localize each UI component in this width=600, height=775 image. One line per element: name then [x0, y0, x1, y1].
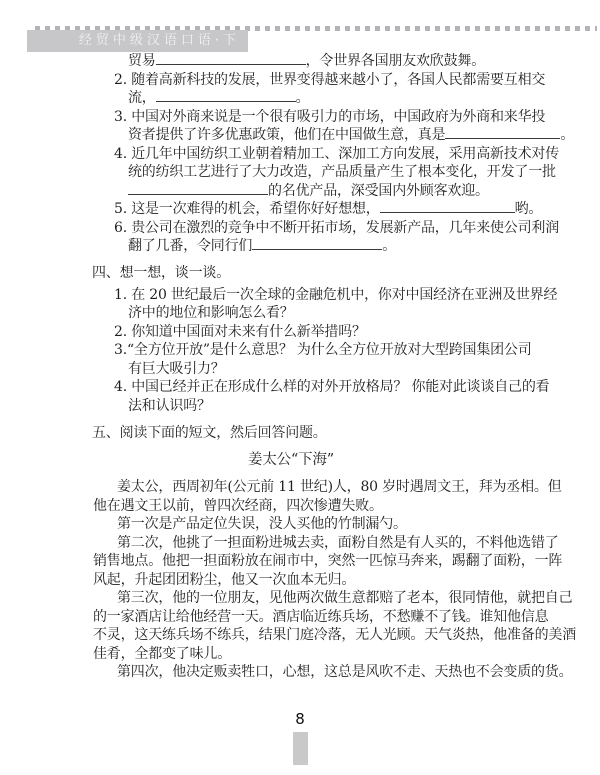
line-text: 贸易 — [128, 53, 156, 69]
line-text: 的名优产品，深受国内外顾客欢迎。 — [268, 183, 489, 199]
fill-blank-line: 4. 近几年中国纺织工业朝着精加工、深加工方向发展，采用高新技术对传 — [0, 145, 600, 164]
fill-blank-line: 翻了几番，令同行们。 — [0, 237, 600, 256]
fill-blank-underline — [156, 63, 306, 65]
fill-blank-line: 资者提供了许多优惠政策，他们在中国做生意，真是。 — [0, 126, 600, 145]
fill-blank-underline — [445, 137, 560, 139]
fill-blank-line: 6. 贵公司在激烈的竞争中不断开拓市场，发展新产品，几年来使公司利润 — [0, 219, 600, 238]
fill-blank-underline — [156, 100, 296, 102]
line-text: 。 — [560, 127, 574, 143]
discussion-question-line: 4. 中国已经并正在形成什么样的对外开放格局？ 你能对此谈谈自己的看 — [0, 378, 600, 397]
fill-blank-line: 5. 这是一次难得的机会，希望你好好想想，哟。 — [0, 200, 600, 219]
passage-line: 风起，升起团团粉尘，他又一次血本无归。 — [0, 571, 600, 590]
passage-line: 第四次，他决定贩卖牲口，心想，这总是风吹不走、天热也不会变质的货。 — [0, 663, 600, 682]
line-text: ，令世界各国朋友欢欣鼓舞。 — [306, 53, 485, 69]
fill-blank-line: 流，。 — [0, 89, 600, 108]
line-text: 哟。 — [515, 201, 543, 217]
fill-blank-line: 3. 中国对外商来说是一个很有吸引力的市场，中国政府为外商和来华投 — [0, 108, 600, 127]
line-text: 。 — [382, 238, 396, 254]
discussion-question-line: 法和认识吗？ — [0, 397, 600, 416]
passage-line: 佳肴，全都变了味儿。 — [0, 645, 600, 664]
line-text: 资者提供了许多优惠政策，他们在中国做生意，真是 — [128, 127, 445, 143]
passage-line: 第三次，他的一位朋友，见他两次做生意都赔了老本，很同情他，就把自己 — [0, 589, 600, 608]
line-text: 。 — [296, 90, 310, 106]
discussion-question-line: 1. 在 20 世纪最后一次全球的金融危机中，你对中国经济在亚洲及世界经 — [0, 286, 600, 305]
discussion-question-line: 2. 你知道中国面对未来有什么新举措吗？ — [0, 323, 600, 342]
header-band: 经贸中级汉语口语·下 — [27, 30, 248, 52]
fill-blank-line: 贸易，令世界各国朋友欢欣鼓舞。 — [0, 52, 600, 71]
fill-blank-underline — [128, 193, 268, 195]
discussion-question-line: 3.“全方位开放”是什么意思？ 为什么全方位开放对大型跨国集团公司 — [0, 341, 600, 360]
passage-line: 姜太公，西周初年(公元前 11 世纪)人，80 岁时遇周文王，拜为丞相。但 — [0, 478, 600, 497]
line-text: 翻了几番，令同行们 — [128, 238, 252, 254]
fill-blank-line: 统的纺织工艺进行了大力改造，产品质量产生了根本变化，开发了一批 — [0, 163, 600, 182]
line-text: 5. 这是一次难得的机会，希望你好好想想， — [114, 201, 380, 217]
page-number: 8 — [0, 710, 600, 728]
discussion-question-line: 有巨大吸引力？ — [0, 360, 600, 379]
fill-blank-underline — [380, 211, 515, 213]
footer-tab-bar — [293, 732, 308, 765]
passage-line: 销售地点。他把一担面粉放在闹市中，突然一匹惊马奔来，踢翻了面粉，一阵 — [0, 552, 600, 571]
passage-line: 第二次，他挑了一担面粉进城去卖，面粉自然是有人买的，不料他选错了 — [0, 534, 600, 553]
passage-line: 的一家酒店让给他经营一天。酒店临近练兵场，不愁赚不了钱。谁知他信息 — [0, 608, 600, 627]
book-page: 经贸中级汉语口语·下 贸易，令世界各国朋友欢欣鼓舞。 2. 随着高新科技的发展，… — [0, 0, 600, 775]
fill-blank-line: 2. 随着高新科技的发展，世界变得越来越小了，各国人民都需要互相交 — [0, 71, 600, 90]
series-title: 经贸中级汉语口语·下 — [79, 33, 240, 48]
section-five-heading: 五、阅读下面的短文，然后回答问题。 — [0, 424, 600, 443]
passage-line: 第一次是产品定位失误，没人买他的竹制漏勺。 — [0, 515, 600, 534]
fill-blank-line: 的名优产品，深受国内外顾客欢迎。 — [0, 182, 600, 201]
page-content: 贸易，令世界各国朋友欢欣鼓舞。 2. 随着高新科技的发展，世界变得越来越小了，各… — [0, 52, 600, 682]
passage-line: 他在遇文王以前，曾四次经商，四次惨遭失败。 — [0, 497, 600, 516]
passage-title: 姜太公“下海” — [0, 451, 600, 470]
section-four-heading: 四、想一想，谈一谈。 — [0, 264, 600, 283]
line-text: 流， — [128, 90, 156, 106]
discussion-question-line: 济中的地位和影响怎么看？ — [0, 304, 600, 323]
fill-blank-underline — [252, 248, 382, 250]
passage-line: 不灵，这天练兵场不练兵，结果门庭冷落，无人光顾。天气炎热，他准备的美酒 — [0, 626, 600, 645]
